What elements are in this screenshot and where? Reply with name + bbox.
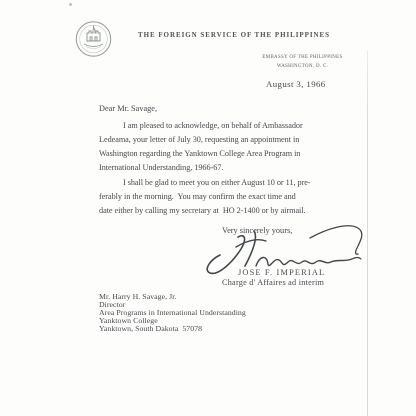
date-line: August 3, 1966: [266, 79, 326, 89]
embassy-line1: EMBASSY OF THE PHILIPPINES: [250, 54, 355, 63]
body-line: International Understanding, 1966-67.: [99, 161, 303, 175]
paragraph-1: I am pleased to acknowledge, on behalf o…: [99, 119, 303, 175]
signatory-title: Charge d' Affaires ad interim: [222, 278, 324, 287]
signatory-name: JOSE F. IMPERIAL: [238, 268, 325, 277]
recipient-city-state-zip: Yanktown, South Dakota 57078: [99, 325, 246, 333]
body-line: I shall be glad to meet you on either Au…: [99, 176, 311, 190]
embassy-line2: WASHINGTON, D. C.: [250, 63, 355, 72]
scanned-letter-page: THE FOREIGN SERVICE OF THE PHILIPPINES E…: [0, 0, 416, 416]
body-line: I am pleased to acknowledge, on behalf o…: [99, 119, 303, 133]
paragraph-2: I shall be glad to meet you on either Au…: [99, 176, 311, 218]
letterhead-title: THE FOREIGN SERVICE OF THE PHILIPPINES: [138, 31, 330, 39]
scan-speck: [69, 3, 72, 6]
embassy-seal-icon: [75, 20, 112, 58]
body-line: Ledeama, your letter of July 30, request…: [99, 133, 303, 147]
body-line: Washington regarding the Yanktown Colleg…: [99, 147, 303, 161]
body-line: date either by calling my secretary at H…: [99, 204, 311, 218]
embassy-address: EMBASSY OF THE PHILIPPINES WASHINGTON, D…: [250, 54, 355, 71]
recipient-address-block: Mr. Harry H. Savage, Jr. Director Area P…: [99, 293, 246, 333]
salutation: Dear Mr. Savage,: [99, 104, 157, 113]
body-line: ferably in the morning. You may confirm …: [99, 190, 311, 204]
